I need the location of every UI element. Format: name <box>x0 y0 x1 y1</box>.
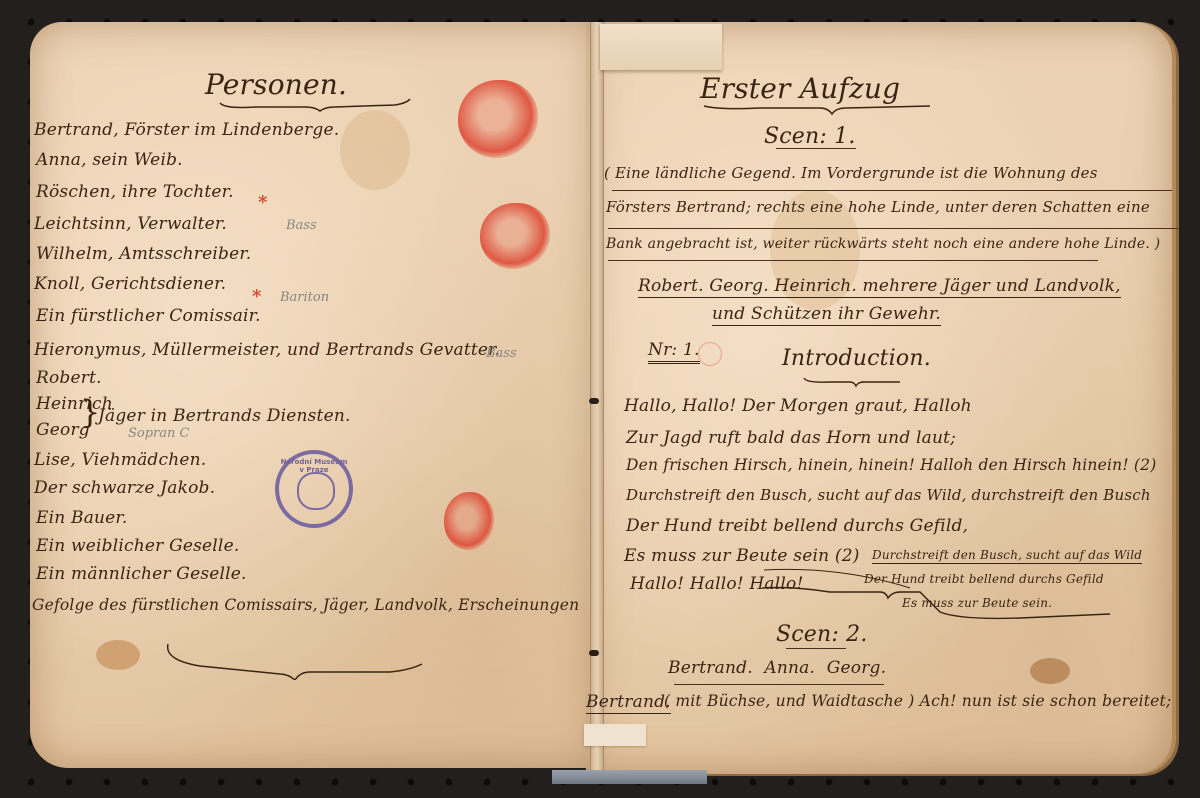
scene-2-characters: Bertrand. Anna. Georg. <box>668 658 886 678</box>
book-binding <box>590 22 604 770</box>
binding-stitch <box>589 398 599 404</box>
ruled-line <box>674 684 884 685</box>
characters-line: und Schützen ihr Gewehr. <box>712 304 941 326</box>
red-asterisk: * <box>258 192 267 213</box>
characters-line: Robert. Georg. Heinrich. mehrere Jäger u… <box>638 276 1121 298</box>
scene-1-heading: Scen: 1. <box>764 124 856 149</box>
pencil-annotation: Bariton <box>280 290 329 305</box>
pencil-annotation: Bass <box>486 346 517 361</box>
cast-item: Gefolge des fürstlichen Comissairs, Jäge… <box>32 596 579 614</box>
library-stamp: Národní Museum v Praze <box>275 450 353 528</box>
stamp-center <box>297 472 335 510</box>
binding-stitch <box>589 650 599 656</box>
red-asterisk: * <box>252 286 261 307</box>
stain <box>96 640 140 670</box>
lyric-line: Durchstreift den Busch, sucht auf das Wi… <box>626 486 1151 504</box>
cast-brace-label: Jäger in Bertrands Diensten. <box>98 406 351 426</box>
paper-tab-top <box>600 24 722 70</box>
lyric-line: Der Hund treibt bellend durchs Gefild, <box>626 516 968 536</box>
pencil-annotation: Bass <box>286 218 317 233</box>
stamp-text: Národní Museum v Praze <box>279 458 349 474</box>
stage-direction-line: Bank angebracht ist, weiter rückwärts st… <box>606 236 1160 252</box>
stain <box>340 110 410 190</box>
stage-direction-line: ( Eine ländliche Gegend. Im Vordergrunde… <box>604 164 1098 182</box>
red-library-mark <box>698 342 722 366</box>
act-flourish <box>700 100 940 120</box>
cast-item: Anna, sein Weib. <box>36 150 183 170</box>
cast-item: Ein Bauer. <box>36 508 128 528</box>
cast-item: Röschen, ihre Tochter. <box>36 182 234 202</box>
title-flourish <box>800 374 910 388</box>
ruled-line <box>612 190 1172 191</box>
scene-2-speaker: Bertrand. <box>586 692 671 714</box>
cast-item: Leichtsinn, Verwalter. <box>34 214 227 234</box>
ruled-line <box>608 260 1098 261</box>
cast-item: Der schwarze Jakob. <box>34 478 215 498</box>
scene-2-heading: Scen: 2. <box>776 622 868 647</box>
side-lyric-line: Durchstreift den Busch, sucht auf das Wi… <box>872 548 1142 564</box>
heading-flourish <box>215 95 415 115</box>
blue-ribbon-bookmark <box>552 770 707 784</box>
closing-flourish <box>160 640 450 680</box>
cast-item: Ein männlicher Geselle. <box>36 564 247 584</box>
stage-direction-line: Försters Bertrand; rechts eine hohe Lind… <box>606 198 1150 216</box>
ruled-line <box>608 228 1178 229</box>
cast-item: Knoll, Gerichtsdiener. <box>34 274 226 294</box>
cast-item: Hieronymus, Müllermeister, und Bertrands… <box>34 340 500 360</box>
heading-underline <box>776 148 856 149</box>
scene-2-line: ( mit Büchse, und Waidtasche ) Ach! nun … <box>664 692 1171 710</box>
pencil-annotation: Sopran C <box>128 426 189 441</box>
cast-item: Lise, Viehmädchen. <box>34 450 206 470</box>
lyric-line: Zur Jagd ruft bald das Horn und laut; <box>626 428 956 448</box>
cast-item: Robert. <box>36 368 102 388</box>
cast-item: Bertrand, Förster im Lindenberge. <box>34 120 339 140</box>
stain <box>1030 658 1070 684</box>
lyric-line: Hallo, Hallo! Der Morgen graut, Halloh <box>624 396 972 416</box>
heading-underline <box>786 648 846 649</box>
number-label: Nr: 1. <box>648 340 700 364</box>
bracket-flourish <box>760 568 1120 628</box>
cast-item: Wilhelm, Amtsschreiber. <box>36 244 251 264</box>
cast-item: Ein fürstlicher Comissair. <box>36 306 261 326</box>
section-title: Introduction. <box>782 346 931 371</box>
lyric-line: Den frischen Hirsch, hinein, hinein! Hal… <box>626 456 1156 474</box>
cast-item: Ein weiblicher Geselle. <box>36 536 239 556</box>
paper-tab-bottom <box>584 724 646 746</box>
lyric-line: Es muss zur Beute sein (2) <box>624 546 860 566</box>
